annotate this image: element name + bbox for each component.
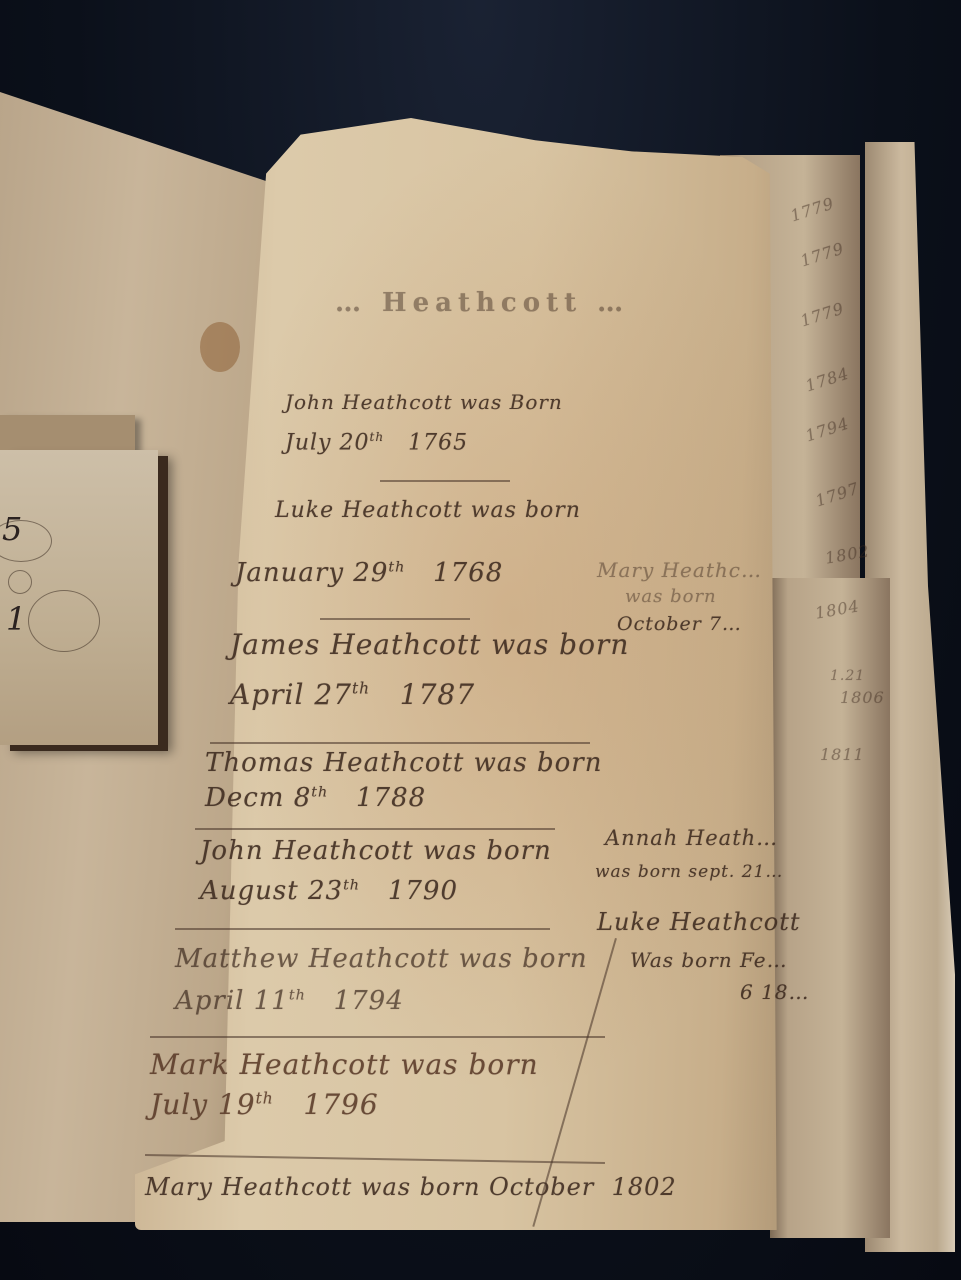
card-glyph: 5 [2, 510, 22, 548]
entry-day: January 29 [235, 558, 388, 588]
entry-year: 1788 [356, 783, 426, 813]
card-glyph: 1 [6, 600, 26, 638]
entry-ordinal: th [352, 680, 370, 698]
side-entry-line: 6 18… [740, 980, 810, 1004]
margin-year: 1806 [840, 688, 885, 707]
entry-date: August 23th 1790 [200, 876, 458, 906]
side-entry-line: Was born Fe… [630, 948, 788, 972]
entry-year: 1796 [303, 1088, 378, 1121]
entry-name: John Heathcott was born [200, 836, 552, 866]
faded-heading: … Heathcott … [335, 288, 629, 318]
entry-day: April 27 [230, 678, 352, 711]
entry-name: James Heathcott was born [230, 628, 629, 661]
divider [145, 1154, 605, 1164]
entry-year: 1768 [433, 558, 503, 588]
entry-name: Mary Heathcott was born October 1802 [145, 1173, 677, 1201]
entry-day: August 23 [200, 876, 343, 906]
entry-date: January 29th 1768 [235, 558, 503, 588]
divider [210, 742, 590, 744]
divider [195, 828, 555, 830]
side-entry-line: Annah Heath… [605, 826, 778, 850]
entry-ordinal: th [256, 1090, 274, 1108]
divider [175, 928, 550, 930]
divider [320, 618, 470, 620]
entry-day: Decm 8 [205, 783, 311, 813]
entry-date: July 20th 1765 [285, 430, 468, 455]
entry-date: Decm 8th 1788 [205, 783, 426, 813]
side-entry-line: was born [625, 586, 717, 607]
entry-year: 1802 [612, 1173, 677, 1201]
entry-ordinal: th [388, 559, 405, 575]
entry-year: 1765 [408, 430, 468, 455]
entry-name: Matthew Heathcott was born [175, 944, 588, 974]
entry-name: Luke Heathcott was born [275, 498, 581, 523]
entry-ordinal: th [369, 430, 384, 444]
side-entry-line: October 7… [617, 613, 742, 635]
divider [150, 1036, 605, 1038]
entry-day: July 20 [285, 430, 369, 455]
entry-day: July 19 [150, 1088, 256, 1121]
register-content: … Heathcott … John Heathcott was Born Ju… [135, 118, 825, 1230]
side-entry-line: Mary Heathc… [597, 558, 762, 582]
entry-name: Thomas Heathcott was born [205, 748, 602, 778]
divider [380, 480, 510, 482]
entry-name: John Heathcott was Born [285, 390, 563, 414]
entry-date: July 19th 1796 [150, 1088, 379, 1121]
entry-ordinal: th [289, 987, 306, 1003]
entry-year: 1787 [400, 678, 475, 711]
entry-year: 1794 [334, 986, 404, 1016]
entry-day: April 11 [175, 986, 289, 1016]
flourish [28, 590, 100, 652]
entry-date: April 27th 1787 [230, 678, 475, 711]
flourish [8, 570, 32, 594]
entry-date: April 11th 1794 [175, 986, 404, 1016]
entry-ordinal: th [343, 877, 360, 893]
entry-year: 1790 [388, 876, 458, 906]
margin-year: 1811 [820, 745, 865, 764]
entry-text: Mary Heathcott was born October [145, 1173, 594, 1201]
entry-ordinal: th [311, 784, 328, 800]
side-entry-line: Luke Heathcott [597, 908, 801, 936]
margin-fragment: 1.21 [830, 668, 865, 684]
side-entry-line: was born sept. 21… [595, 862, 783, 882]
entry-name: Mark Heathcott was born [150, 1048, 539, 1081]
